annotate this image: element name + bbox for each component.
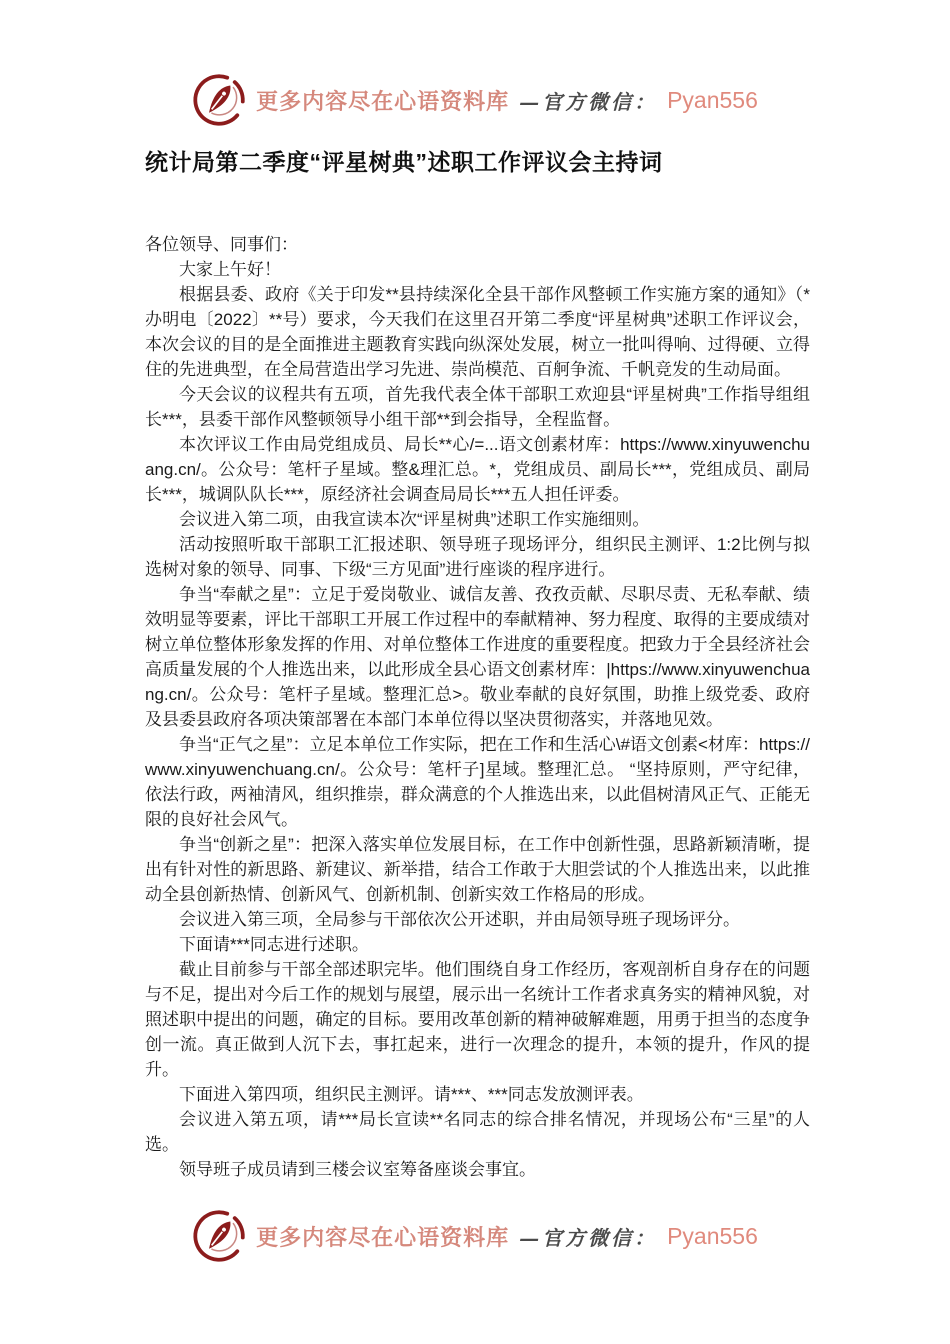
pen-in-circle-logo-icon [192, 1208, 246, 1264]
watermark-wechat-account: Pyan556 [667, 1223, 758, 1250]
header-watermark: 更多内容尽在心语资料库—官方微信：Pyan556 [0, 0, 950, 128]
paragraph: 会议进入第三项，全局参与干部依次公开述职，并由局领导班子现场评分。 [145, 907, 810, 932]
paragraph: 下面进入第四项，组织民主测评。请***、***同志发放测评表。 [145, 1082, 810, 1107]
document-content: 统计局第二季度“评星树典”述职工作评议会主持词 各位领导、同事们：大家上午好！根… [0, 146, 950, 1182]
watermark-text: 更多内容尽在心语资料库 [256, 85, 509, 116]
footer-watermark: 更多内容尽在心语资料库—官方微信：Pyan556 [0, 1208, 950, 1264]
paragraph: 会议进入第五项，请***局长宣读**名同志的综合排名情况，并现场公布“三星”的人… [145, 1107, 810, 1157]
paragraph: 争当“奉献之星”：立足于爱岗敬业、诚信友善、孜孜贡献、尽职尽责、无私奉献、绩效明… [145, 582, 810, 732]
watermark-wechat-label: —官方微信： [519, 1222, 657, 1251]
paragraph: 根据县委、政府《关于印发**县持续深化全县干部作风整顿工作实施方案的通知》（*办… [145, 282, 810, 382]
paragraph: 今天会议的议程共有五项，首先我代表全体干部职工欢迎县“评星树典”工作指导组组长*… [145, 382, 810, 432]
pen-in-circle-logo-icon [192, 72, 246, 128]
paragraph: 大家上午好！ [145, 257, 810, 282]
document-page: 更多内容尽在心语资料库—官方微信：Pyan556 统计局第二季度“评星树典”述职… [0, 0, 950, 1344]
watermark-text: 更多内容尽在心语资料库 [256, 1221, 509, 1252]
paragraph: 争当“正气之星”：立足本单位工作实际，把在工作和生活心\#语文创素<材库：htt… [145, 732, 810, 832]
paragraph: 领导班子成员请到三楼会议室筹备座谈会事宜。 [145, 1157, 810, 1182]
document-paragraphs: 各位领导、同事们：大家上午好！根据县委、政府《关于印发**县持续深化全县干部作风… [145, 232, 810, 1182]
paragraph: 活动按照听取干部职工汇报述职、领导班子现场评分，组织民主测评、1:2比例与拟选树… [145, 532, 810, 582]
paragraph: 各位领导、同事们： [145, 232, 810, 257]
watermark-wechat-account: Pyan556 [667, 87, 758, 114]
paragraph: 下面请***同志进行述职。 [145, 932, 810, 957]
paragraph: 争当“创新之星”：把深入落实单位发展目标，在工作中创新性强，思路新颖清晰，提出有… [145, 832, 810, 907]
paragraph: 截止目前参与干部全部述职完毕。他们围绕自身工作经历，客观剖析自身存在的问题与不足… [145, 957, 810, 1082]
watermark-wechat-label: —官方微信： [519, 86, 657, 115]
paragraph: 会议进入第二项，由我宣读本次“评星树典”述职工作实施细则。 [145, 507, 810, 532]
paragraph: 本次评议工作由局党组成员、局长**心/=...语文创素材库：https://ww… [145, 432, 810, 507]
document-title: 统计局第二季度“评星树典”述职工作评议会主持词 [145, 146, 810, 178]
